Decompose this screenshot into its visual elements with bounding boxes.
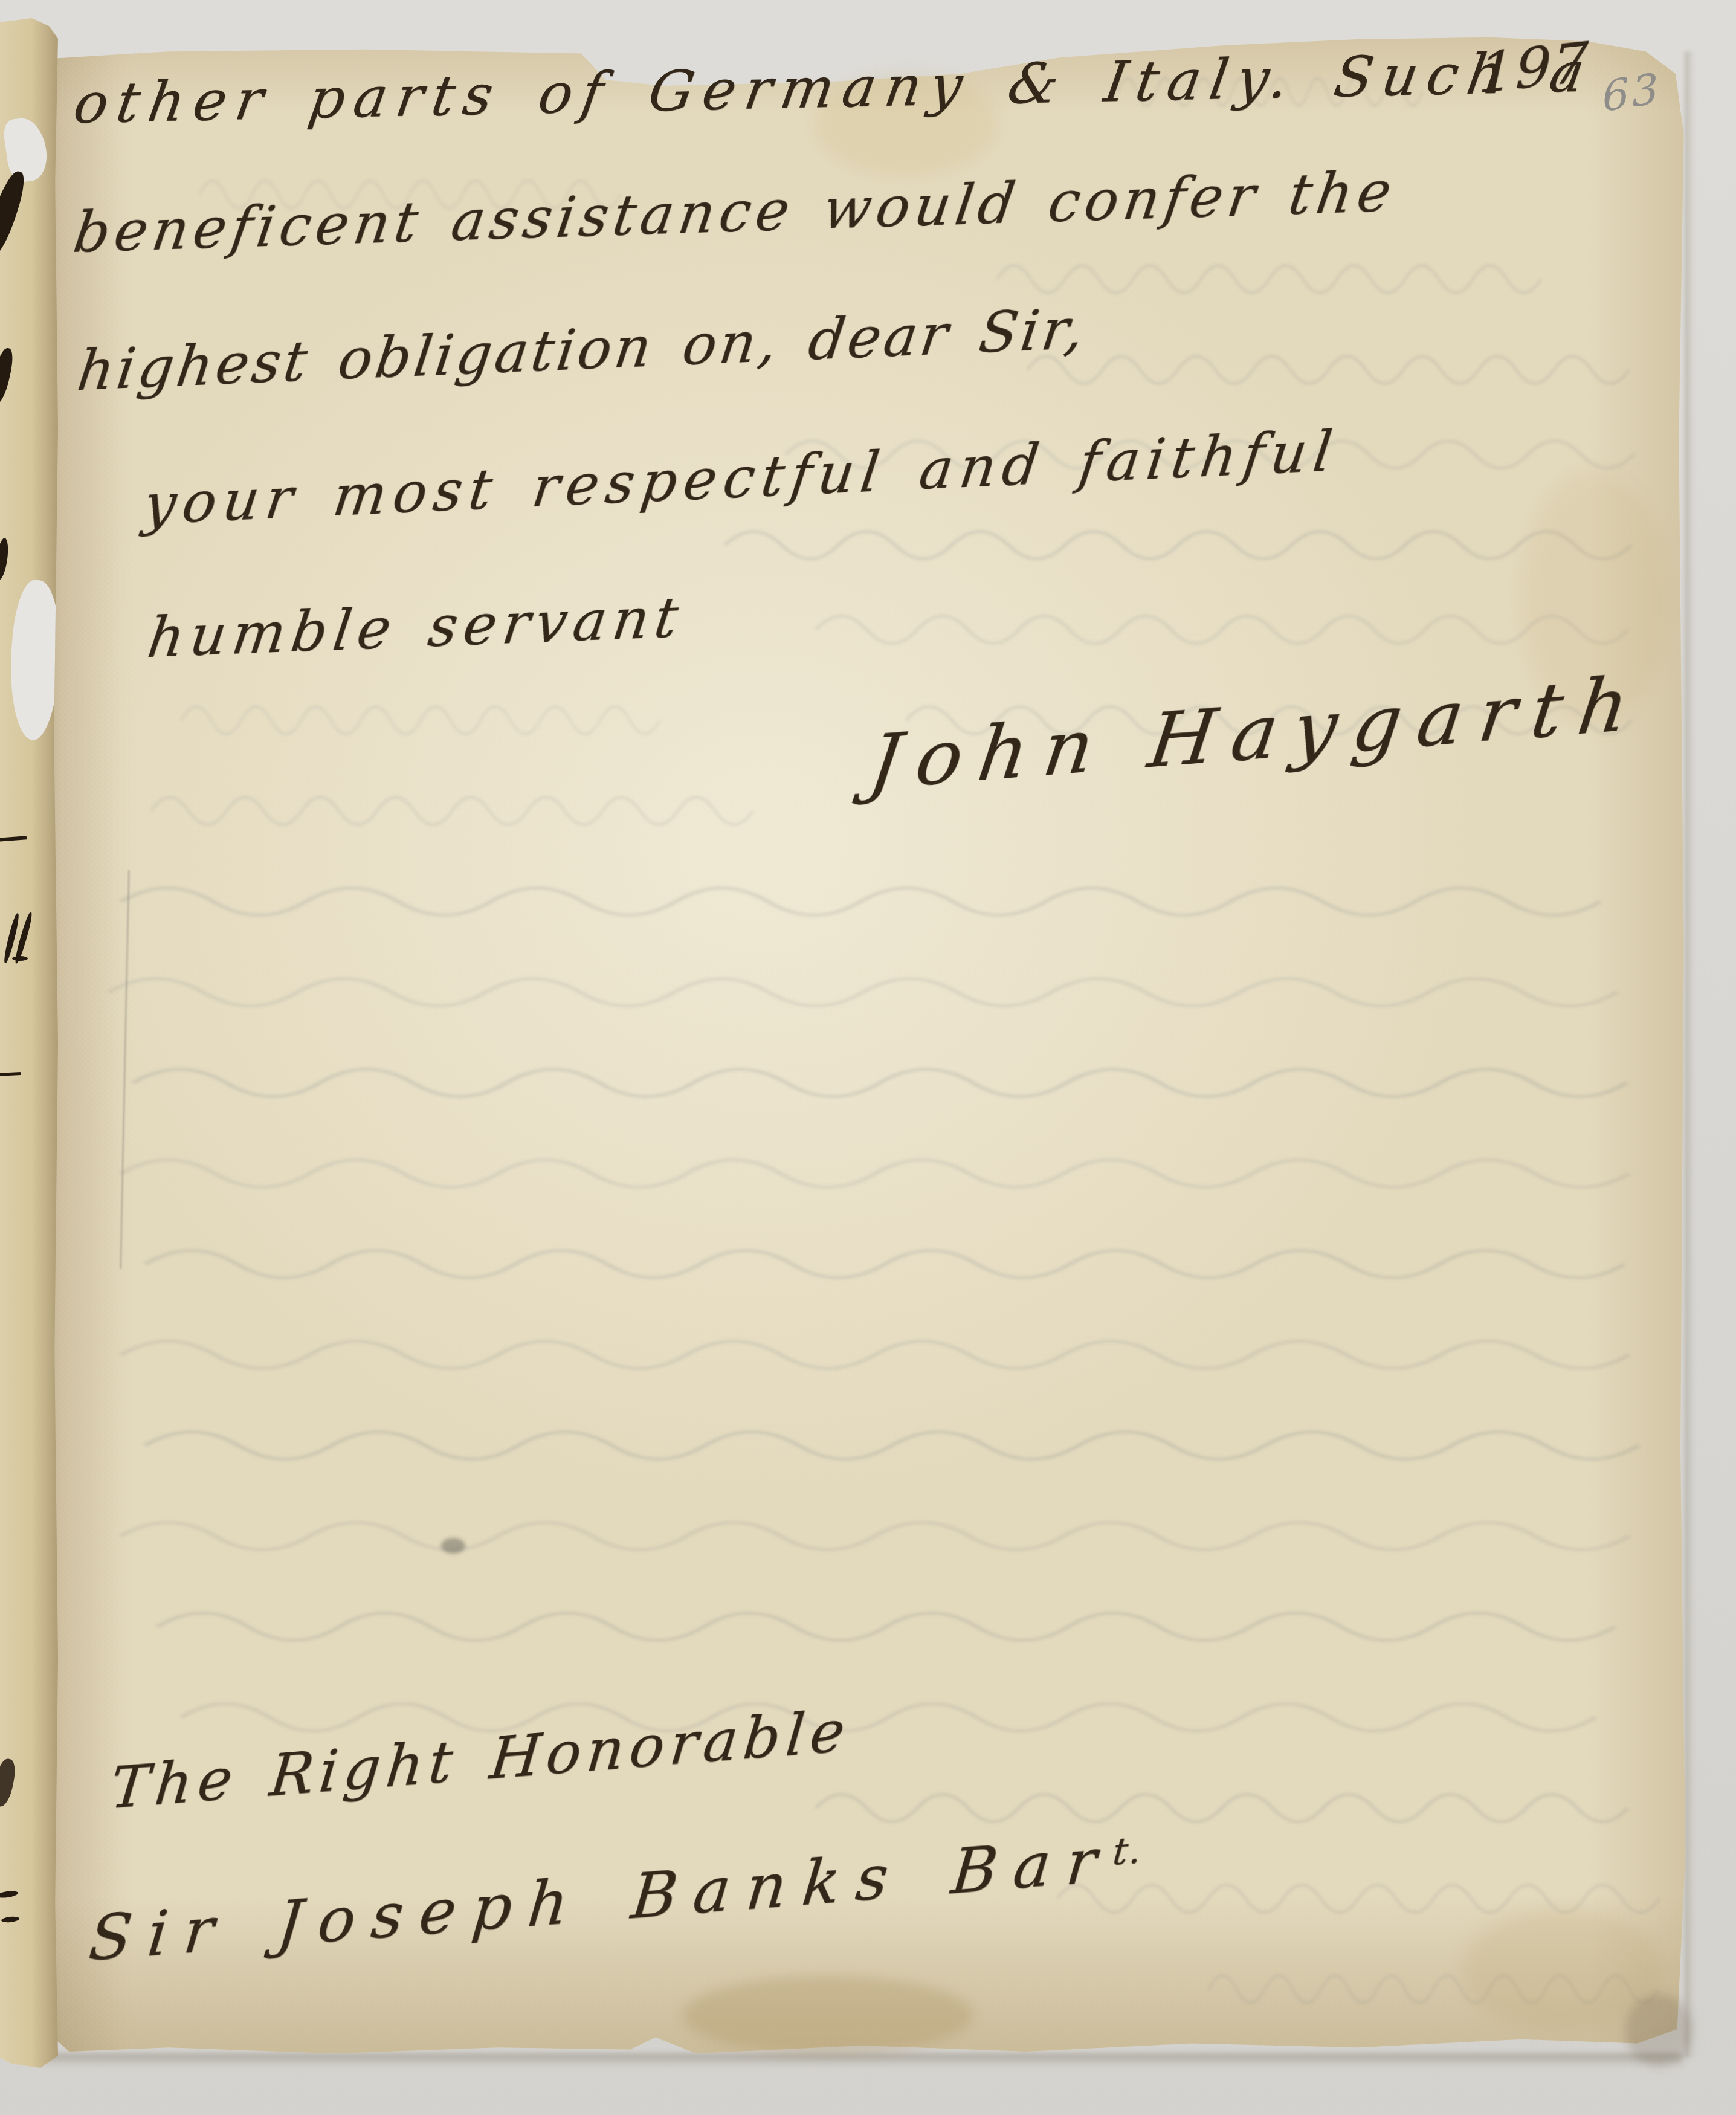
stain — [683, 1976, 973, 2055]
ink-fragment — [12, 956, 28, 961]
page-edge-shadow-bottom — [42, 2053, 1683, 2067]
ink-fragment — [0, 346, 16, 405]
ink-fragment — [0, 1072, 21, 1076]
ink-fragment — [0, 836, 27, 841]
ink-smudge — [441, 1538, 465, 1554]
previous-page-edge-strip — [0, 18, 58, 2068]
stain — [1625, 1994, 1692, 2067]
torn-patch — [2, 115, 50, 184]
ink-fragment — [0, 1757, 18, 1808]
address-superscript-t: t. — [1111, 1829, 1144, 1874]
folio-number-pencil: 63 — [1601, 63, 1663, 121]
scanned-letter-page: other parts of Germany & Italy. Such a b… — [0, 0, 1736, 2115]
ink-fragment — [0, 168, 29, 261]
ink-fragment — [0, 1890, 19, 1899]
page-edge-shadow-right — [1685, 51, 1694, 2058]
ink-fragment — [0, 537, 10, 581]
folio-number-ink: 197 — [1477, 30, 1590, 106]
ink-fragment — [1, 1916, 20, 1923]
